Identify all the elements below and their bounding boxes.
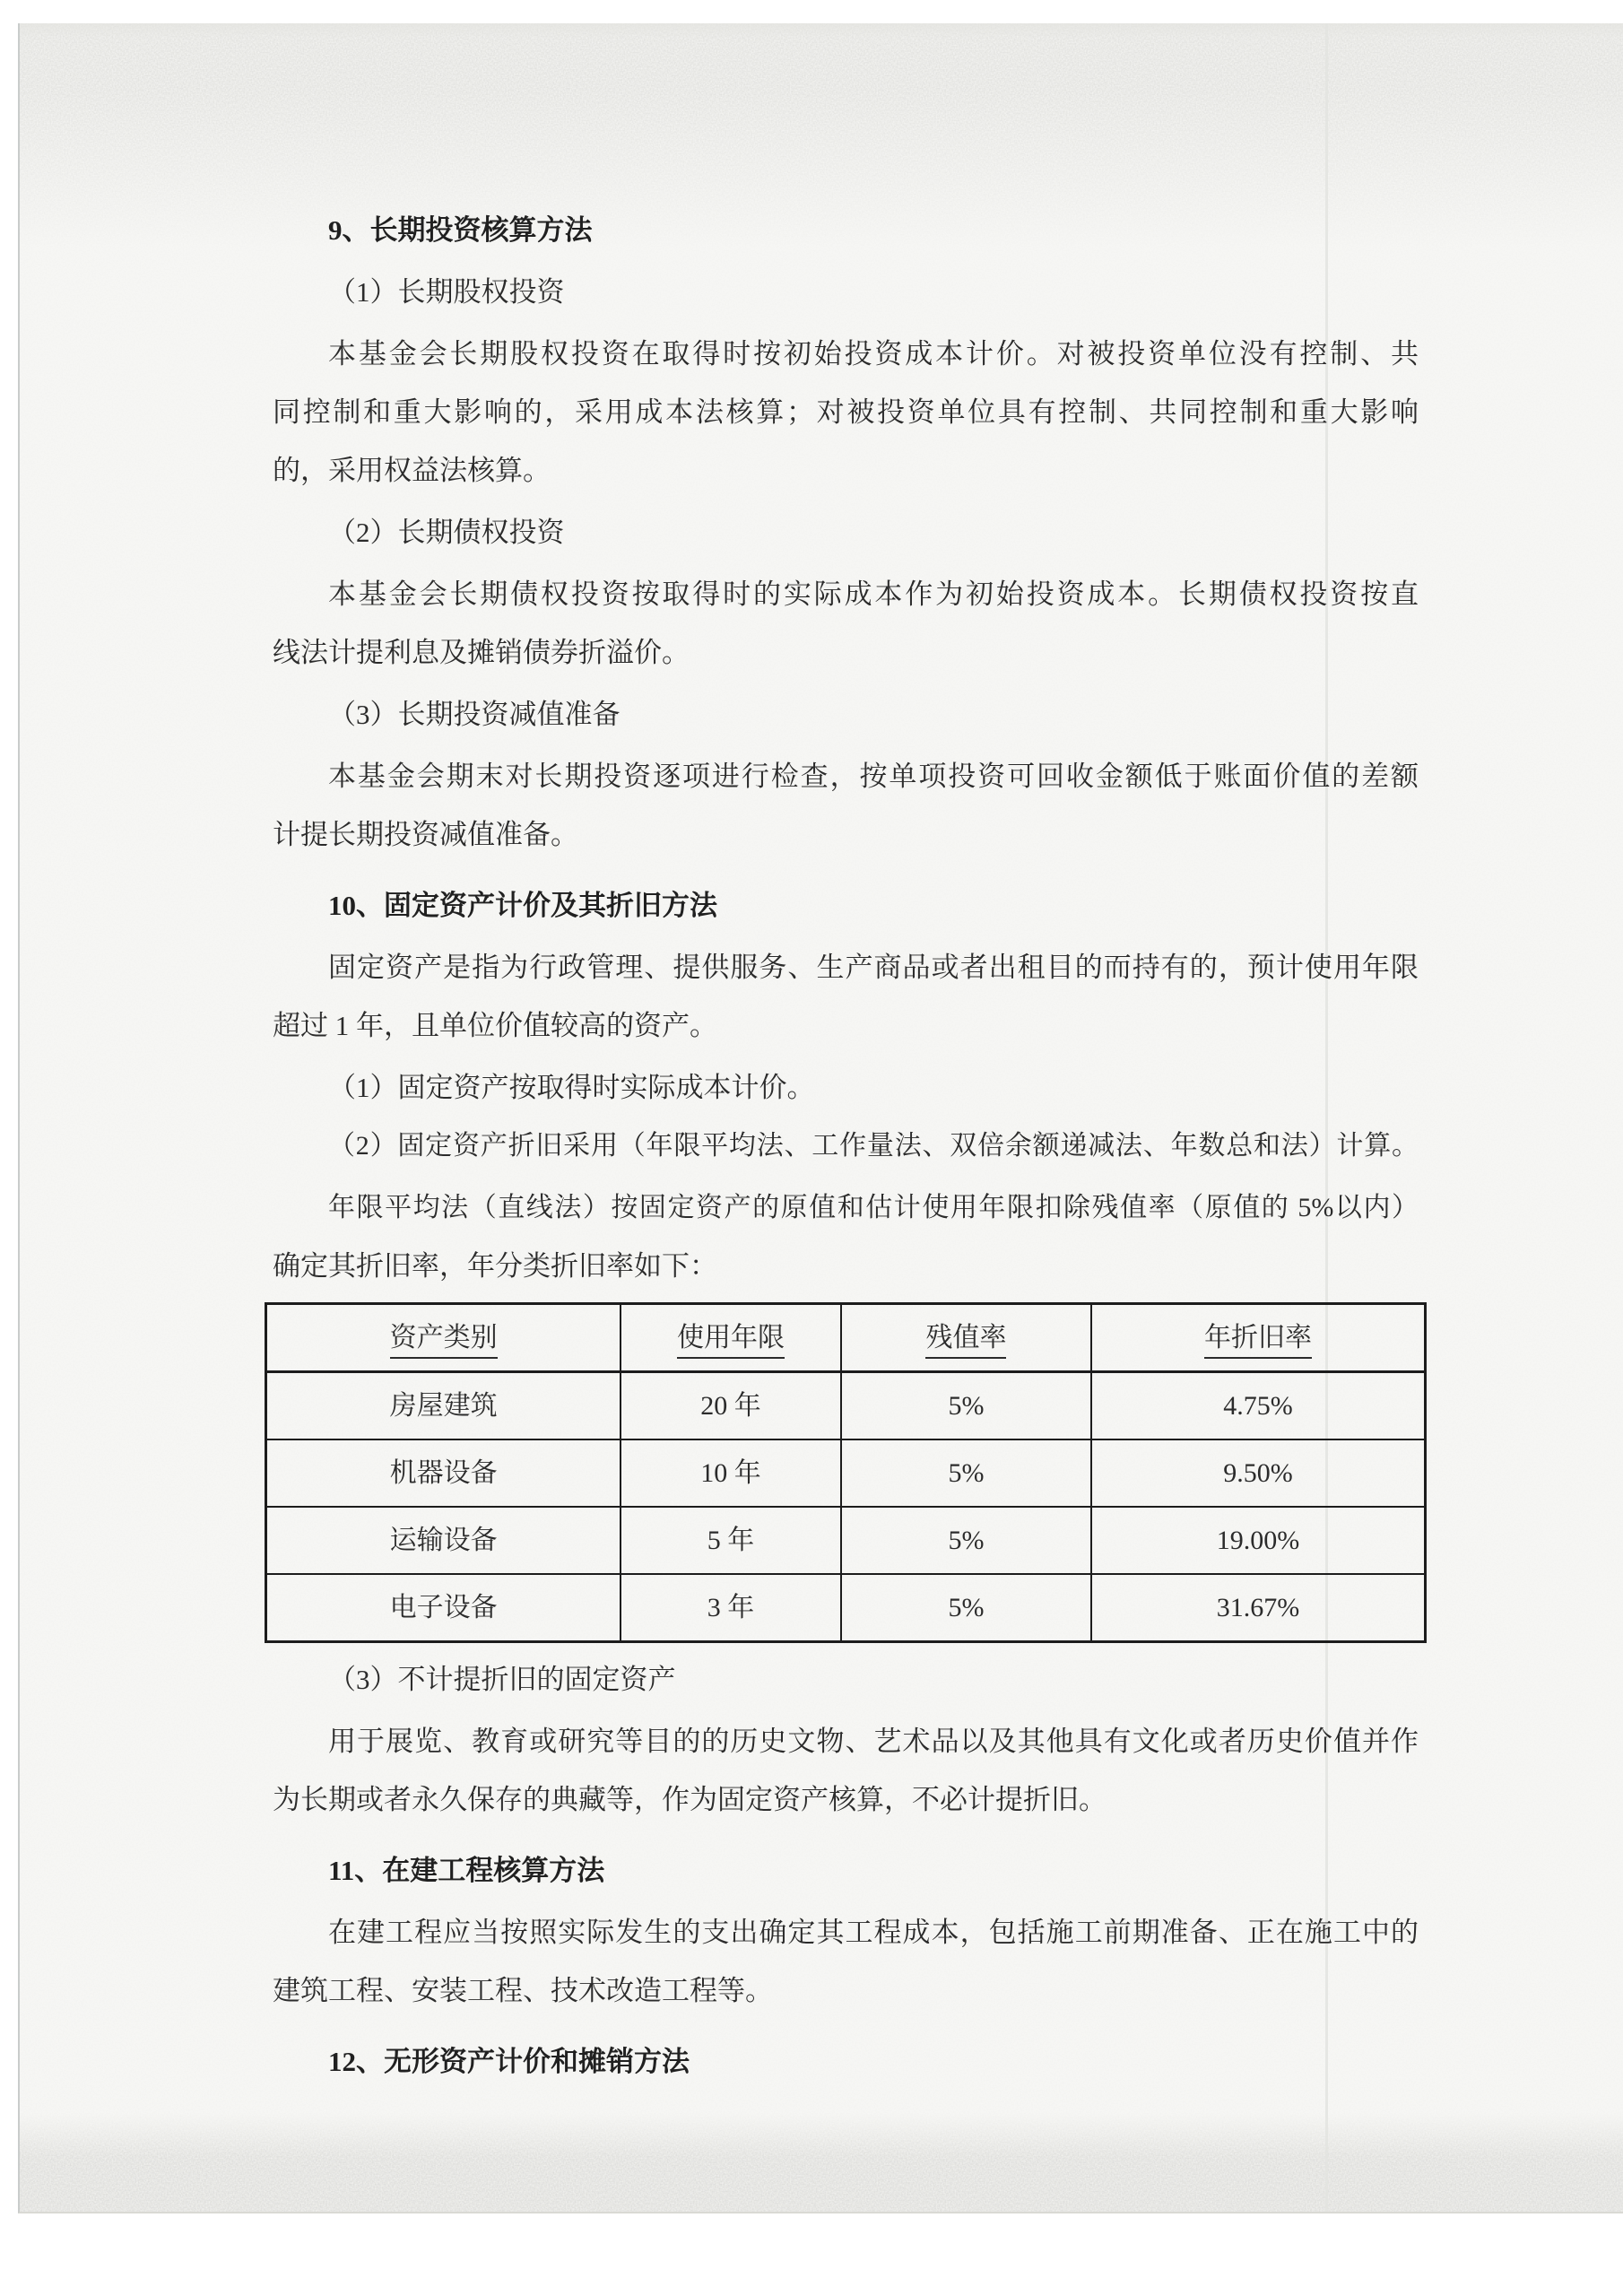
paragraph-9-3-line-2: 计提长期投资减值准备。 bbox=[273, 805, 1419, 864]
scan-top-smudge bbox=[20, 23, 1623, 38]
paragraph-10-intro-line-2: 超过 1 年，且单位价值较高的资产。 bbox=[273, 996, 1419, 1055]
section-9-sub-3: （3）长期投资减值准备 bbox=[273, 685, 1419, 744]
table-cell: 5% bbox=[841, 1439, 1091, 1507]
table-cell: 19.00% bbox=[1091, 1507, 1425, 1574]
paragraph-9-2-line-2: 线法计提利息及摊销债券折溢价。 bbox=[273, 623, 1419, 682]
table-cell: 4.75% bbox=[1091, 1372, 1425, 1440]
table-header-row: 资产类别 使用年限 残值率 年折旧率 bbox=[266, 1304, 1426, 1372]
table-header-label: 资产类别 bbox=[390, 1323, 498, 1359]
table-header-cell: 资产类别 bbox=[266, 1304, 621, 1372]
table-header-cell: 残值率 bbox=[841, 1304, 1091, 1372]
table-header-label: 使用年限 bbox=[677, 1323, 785, 1359]
table-cell: 31.67% bbox=[1091, 1574, 1425, 1642]
paragraph-10-intro-line-1: 固定资产是指为行政管理、提供服务、生产商品或者出租目的而持有的，预计使用年限 bbox=[273, 938, 1419, 996]
paragraph-11-line-1: 在建工程应当按照实际发生的支出确定其工程成本，包括施工前期准备、正在施工中的 bbox=[273, 1903, 1419, 1961]
section-9-heading: 9、长期投资核算方法 bbox=[273, 201, 1419, 259]
table-cell: 5% bbox=[841, 1372, 1091, 1440]
table-cell: 20 年 bbox=[621, 1372, 841, 1440]
scan-noise-bottom-band bbox=[20, 2113, 1623, 2212]
table-row: 机器设备 10 年 5% 9.50% bbox=[266, 1439, 1426, 1507]
paragraph-9-3-line-1: 本基金会期末对长期投资逐项进行检查，按单项投资可回收金额低于账面价值的差额 bbox=[273, 747, 1419, 805]
section-9-sub-1: （1）长期股权投资 bbox=[273, 263, 1419, 321]
section-10-sub-3: （3）不计提折旧的固定资产 bbox=[273, 1650, 1419, 1709]
table-cell: 电子设备 bbox=[266, 1574, 621, 1642]
table-header-label: 年折旧率 bbox=[1204, 1323, 1312, 1359]
paragraph-9-1-line-2: 同控制和重大影响的，采用成本法核算；对被投资单位具有控制、共同控制和重大影响 bbox=[273, 383, 1419, 441]
table-cell: 机器设备 bbox=[266, 1439, 621, 1507]
item-10-1: （1）固定资产按取得时实际成本计价。 bbox=[273, 1058, 1419, 1117]
paragraph-10-rate-line-2: 确定其折旧率，年分类折旧率如下： bbox=[273, 1237, 1419, 1295]
section-11-heading: 11、在建工程核算方法 bbox=[273, 1841, 1419, 1900]
paragraph-9-1-line-1: 本基金会长期股权投资在取得时按初始投资成本计价。对被投资单位没有控制、共 bbox=[273, 325, 1419, 383]
table-cell: 5 年 bbox=[621, 1507, 841, 1574]
table-row: 房屋建筑 20 年 5% 4.75% bbox=[266, 1372, 1426, 1440]
table-row: 电子设备 3 年 5% 31.67% bbox=[266, 1574, 1426, 1642]
section-10-heading: 10、固定资产计价及其折旧方法 bbox=[273, 876, 1419, 935]
table-header-cell: 使用年限 bbox=[621, 1304, 841, 1372]
section-12-heading: 12、无形资产计价和摊销方法 bbox=[273, 2032, 1419, 2091]
table-header-label: 残值率 bbox=[925, 1323, 1006, 1359]
table-row: 运输设备 5 年 5% 19.00% bbox=[266, 1507, 1426, 1574]
table-cell: 运输设备 bbox=[266, 1507, 621, 1574]
paragraph-9-2-line-1: 本基金会长期债权投资按取得时的实际成本作为初始投资成本。长期债权投资按直 bbox=[273, 565, 1419, 623]
table-cell: 5% bbox=[841, 1574, 1091, 1642]
table-header-cell: 年折旧率 bbox=[1091, 1304, 1425, 1372]
paragraph-10-3-line-2: 为长期或者永久保存的典藏等，作为固定资产核算，不必计提折旧。 bbox=[273, 1770, 1419, 1829]
paragraph-10-rate-line-1: 年限平均法（直线法）按固定资产的原值和估计使用年限扣除残值率（原值的 5%以内） bbox=[273, 1178, 1419, 1237]
table-cell: 3 年 bbox=[621, 1574, 841, 1642]
document-body: 9、长期投资核算方法 （1）长期股权投资 本基金会长期股权投资在取得时按初始投资… bbox=[273, 188, 1419, 2091]
paragraph-11-line-2: 建筑工程、安装工程、技术改造工程等。 bbox=[273, 1961, 1419, 2020]
scanned-page: 9、长期投资核算方法 （1）长期股权投资 本基金会长期股权投资在取得时按初始投资… bbox=[18, 23, 1623, 2213]
table-cell: 5% bbox=[841, 1507, 1091, 1574]
depreciation-table: 资产类别 使用年限 残值率 年折旧率 房屋建筑 20 年 5% 4.75% 机器… bbox=[265, 1302, 1427, 1643]
paragraph-9-1-line-3: 的，采用权益法核算。 bbox=[273, 441, 1419, 500]
section-9-sub-2: （2）长期债权投资 bbox=[273, 503, 1419, 561]
paragraph-10-3-line-1: 用于展览、教育或研究等目的的历史文物、艺术品以及其他具有文化或者历史价值并作 bbox=[273, 1712, 1419, 1770]
table-cell: 10 年 bbox=[621, 1439, 841, 1507]
item-10-2: （2）固定资产折旧采用（年限平均法、工作量法、双倍余额递减法、年数总和法）计算。 bbox=[273, 1117, 1419, 1175]
table-cell: 房屋建筑 bbox=[266, 1372, 621, 1440]
table-cell: 9.50% bbox=[1091, 1439, 1425, 1507]
